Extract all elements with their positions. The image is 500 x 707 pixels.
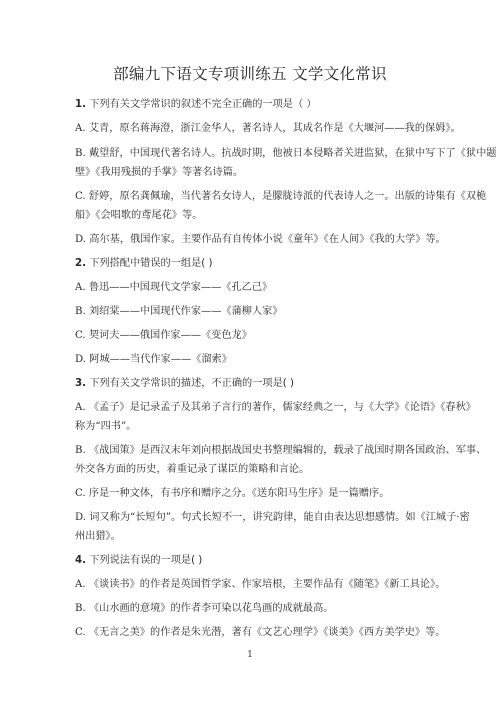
question-3-stem: 3. 下列有关文学常识的描述，不正确的一项是( ) bbox=[75, 377, 294, 390]
question-1-option-c-line2: 船》《会唱歌的鸢尾花》等。 bbox=[75, 209, 202, 222]
question-3-option-c: C. 序是一种文体，有书序和赠序之分。《送东阳马生序》是一篇赠序。 bbox=[75, 487, 389, 500]
question-2-option-a: A. 鲁迅——中国现代文学家——《孔乙己》 bbox=[75, 281, 272, 294]
question-1-option-c-line1: C. 舒婷，原名龚佩瑜，当代著名女诗人，是朦胧诗派的代表诗人之一。出版的诗集有《… bbox=[75, 190, 486, 203]
question-3-option-d-line1: D. 词又称为“长短句”。句式长短不一，讲究韵律，能自由表达思想感情。如《江城子… bbox=[75, 511, 470, 524]
question-3-option-a-line1: A. 《孟子》是记录孟子及其弟子言行的著作，儒家经典之一，与《大学》《论语》《春… bbox=[75, 401, 476, 414]
question-4-option-b: B. 《山水画的意境》的作者李可染以花鸟画的成就最高。 bbox=[75, 602, 333, 615]
question-4-stem: 4. 下列说法有误的一项是( ) bbox=[75, 554, 202, 567]
question-3-option-b-line2: 外交各方面的历史，着重记录了谋臣的策略和言论。 bbox=[75, 463, 309, 476]
question-3-option-a-line2: 称为“四书”。 bbox=[75, 420, 136, 433]
question-2-option-d: D. 阿城——当代作家——《溜索》 bbox=[75, 353, 232, 366]
question-3-option-d-line2: 州出猎》。 bbox=[75, 530, 121, 543]
page-number: 1 bbox=[0, 650, 500, 660]
question-2-option-b: B. 刘绍棠——中国现代作家——《蒲柳人家》 bbox=[75, 305, 283, 318]
question-2-option-c: C. 契诃夫——俄国作家——《变色龙》 bbox=[75, 329, 252, 342]
question-1-option-b-line2: 壁》《我用残损的手掌》等著名诗篇。 bbox=[75, 166, 243, 179]
question-4-option-c: C. 《无言之美》的作者是朱光潜，著有《文艺心理学》《谈美》《西方美学史》等。 bbox=[75, 626, 445, 639]
question-2-stem: 2. 下列搭配中错误的一组是( ) bbox=[75, 257, 212, 270]
page-title: 部编九下语文专项训练五 文学文化常识 bbox=[0, 62, 500, 84]
question-1-option-a: A. 艾青，原名蒋海澄，浙江金华人，著名诗人，其成名作是《大堰河——我的保姆》。 bbox=[75, 122, 461, 135]
question-1-stem: 1. 下列有关文学常识的叙述不完全正确的一项是（ ） bbox=[75, 98, 317, 111]
question-1-option-b-line1: B. 戴望舒，中国现代著名诗人。抗战时期，他被日本侵略者关进监狱，在狱中写下了《… bbox=[75, 147, 496, 160]
question-4-option-a: A. 《谈读书》的作者是英国哲学家、作家培根，主要作品有《随笔》《新工具论》。 bbox=[75, 578, 445, 591]
question-3-option-b-line1: B. 《战国策》是西汉末年刘向根据战国史书整理编辑的，载录了战国时期各国政治、军… bbox=[75, 444, 486, 457]
question-1-option-d: D. 高尔基，俄国作家。主要作品有自传体小说《童年》《在人间》《我的大学》等。 bbox=[75, 233, 446, 246]
